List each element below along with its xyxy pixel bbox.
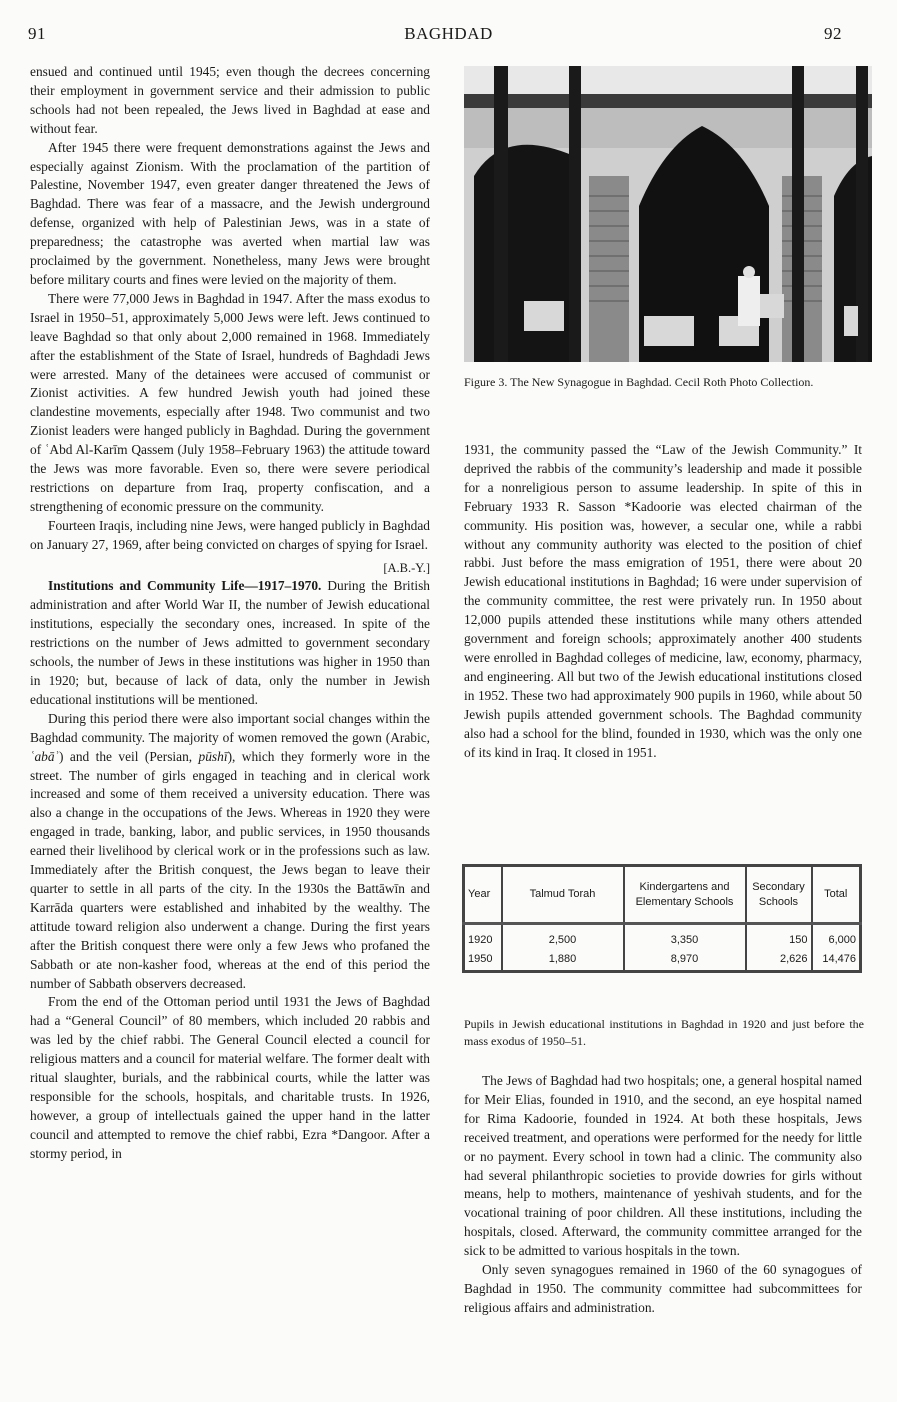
table-cell: 1950 — [464, 948, 502, 972]
paragraph: The Jews of Baghdad had two hospitals; o… — [464, 1072, 862, 1261]
running-title: BAGHDAD — [0, 24, 897, 44]
paragraph-text: Fourteen Iraqis, including nine Jews, we… — [30, 518, 430, 552]
right-column-upper: 1931, the community passed the “Law of t… — [464, 441, 862, 762]
paragraph-text: During this period there were also impor… — [30, 711, 430, 745]
pupils-table: Year Talmud Torah Kindergartens and Elem… — [462, 864, 862, 973]
table-caption: Pupils in Jewish educational institution… — [464, 1016, 864, 1049]
paragraph: After 1945 there were frequent demonstra… — [30, 139, 430, 290]
table-cell: 6,000 — [812, 924, 861, 948]
paragraph: Fourteen Iraqis, including nine Jews, we… — [30, 517, 430, 555]
table-cell: 150 — [746, 924, 812, 948]
column-header: Year — [464, 866, 502, 924]
paragraph: ensued and continued until 1945; even th… — [30, 63, 430, 139]
column-header: Secondary Schools — [746, 866, 812, 924]
table-row: 1920 2,500 3,350 150 6,000 — [464, 924, 861, 948]
table-cell: 3,350 — [624, 924, 746, 948]
table-header-row: Year Talmud Torah Kindergartens and Elem… — [464, 866, 861, 924]
table-row: 1950 1,880 8,970 2,626 14,476 — [464, 948, 861, 972]
column-header: Kindergartens and Elementary Schools — [624, 866, 746, 924]
term-italic: pūshī — [199, 749, 228, 764]
author-signature: [A.B.-Y.] — [365, 559, 430, 578]
photo-illustration — [464, 66, 872, 362]
table-cell: 14,476 — [812, 948, 861, 972]
table-cell: 2,626 — [746, 948, 812, 972]
paragraph: Institutions and Community Life—1917–197… — [30, 577, 430, 709]
table-cell: 1920 — [464, 924, 502, 948]
paragraph: Only seven synagogues remained in 1960 o… — [464, 1261, 862, 1318]
synagogue-photo — [464, 66, 872, 362]
figure-caption: Figure 3. The New Synagogue in Baghdad. … — [464, 374, 864, 391]
left-column: ensued and continued until 1945; even th… — [30, 63, 430, 1164]
table-cell: 2,500 — [502, 924, 624, 948]
page-number-right: 92 — [824, 24, 842, 44]
paragraph: From the end of the Ottoman period until… — [30, 993, 430, 1163]
column-header: Total — [812, 866, 861, 924]
paragraph: 1931, the community passed the “Law of t… — [464, 441, 862, 762]
column-header: Talmud Torah — [502, 866, 624, 924]
paragraph: There were 77,000 Jews in Baghdad in 194… — [30, 290, 430, 517]
paragraph-text: ) and the veil (Persian, — [59, 749, 199, 764]
paragraph: During this period there were also impor… — [30, 710, 430, 994]
table-cell: 1,880 — [502, 948, 624, 972]
right-column-lower: The Jews of Baghdad had two hospitals; o… — [464, 1072, 862, 1318]
paragraph-text: During the British administration and af… — [30, 578, 430, 706]
term-italic: ʿabāʾ — [30, 749, 59, 764]
table-cell: 8,970 — [624, 948, 746, 972]
section-heading: Institutions and Community Life—1917–197… — [48, 578, 321, 593]
paragraph-text: ), which they formerly wore in the stree… — [30, 749, 430, 991]
